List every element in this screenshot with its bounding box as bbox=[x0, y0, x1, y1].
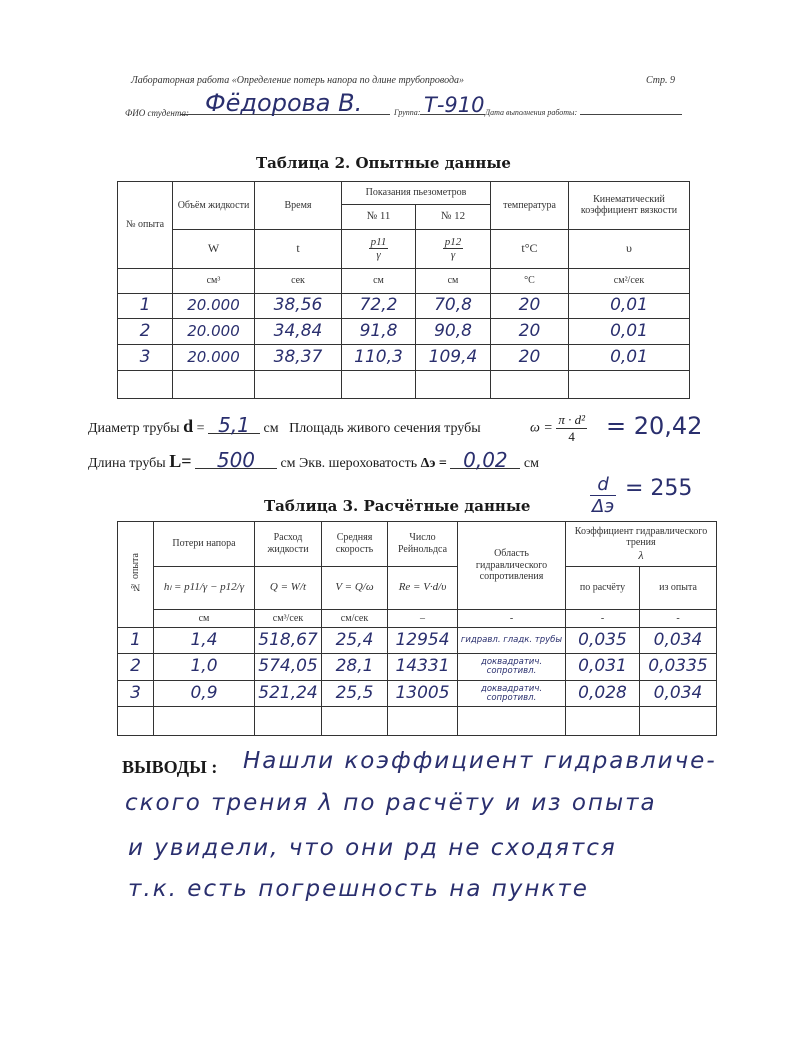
area-formula: ω = π · d²4 bbox=[530, 412, 587, 445]
cell[interactable] bbox=[416, 371, 491, 399]
date-field[interactable] bbox=[580, 114, 682, 115]
cell[interactable] bbox=[154, 707, 255, 736]
t3-unit-head-loss: см bbox=[154, 609, 255, 627]
t3-formula-reynolds: Re = V·d/υ bbox=[388, 566, 458, 609]
cell[interactable] bbox=[118, 707, 154, 736]
cell[interactable]: 70,8 bbox=[416, 293, 491, 319]
cell[interactable]: 14331 bbox=[388, 654, 458, 680]
length-symbol: L= bbox=[169, 451, 191, 471]
table3-title: Таблица 3. Расчётные данные bbox=[264, 497, 530, 515]
cell[interactable] bbox=[118, 371, 173, 399]
t2-unit-num bbox=[118, 268, 173, 293]
cell[interactable]: 574,05 bbox=[255, 654, 322, 680]
cell[interactable]: 521,24 bbox=[255, 680, 322, 706]
cell[interactable]: 20.000 bbox=[173, 319, 255, 345]
table2-title: Таблица 2. Опытные данные bbox=[256, 154, 511, 172]
t2-symbol-p11: p11γ bbox=[342, 229, 416, 268]
t2-symbol-viscosity: υ bbox=[569, 229, 690, 268]
cell[interactable]: 13005 bbox=[388, 680, 458, 706]
table-row: 3 20.000 38,37 110,3 109,4 20 0,01 bbox=[118, 345, 690, 371]
cell[interactable] bbox=[458, 707, 566, 736]
page-number: Стр. 9 bbox=[646, 75, 675, 86]
cell[interactable]: доквадратич. сопротивл. bbox=[458, 680, 566, 706]
cell[interactable]: 0,034 bbox=[640, 680, 717, 706]
t2-header-time: Время bbox=[255, 182, 342, 230]
cell[interactable] bbox=[566, 707, 640, 736]
t3-header-calc: по расчёту bbox=[566, 566, 640, 609]
t2-header-temperature: температура bbox=[491, 182, 569, 230]
t2-symbol-volume: W bbox=[173, 229, 255, 268]
cell[interactable] bbox=[173, 371, 255, 399]
t2-header-p11: № 11 bbox=[342, 204, 416, 229]
cell[interactable]: 1,0 bbox=[154, 654, 255, 680]
area-label: Площадь живого сечения трубы bbox=[289, 421, 481, 436]
ratio-fraction: dΔэ bbox=[590, 474, 616, 517]
cell[interactable]: 3 bbox=[118, 680, 154, 706]
area-value[interactable]: = 20,42 bbox=[606, 412, 702, 440]
t3-header-exp: из опыта bbox=[640, 566, 717, 609]
t2-header-p12: № 12 bbox=[416, 204, 491, 229]
roughness-label: Экв. шероховатость bbox=[299, 456, 417, 471]
cell[interactable]: 91,8 bbox=[342, 319, 416, 345]
t2-unit-viscosity: см²/сек bbox=[569, 268, 690, 293]
cell[interactable]: 38,56 bbox=[255, 293, 342, 319]
table-row: 2 1,0 574,05 28,1 14331 доквадратич. соп… bbox=[118, 654, 717, 680]
conclusion-line-4[interactable]: т.к. есть погрешность на пункте bbox=[128, 876, 589, 902]
t2-unit-time: сек bbox=[255, 268, 342, 293]
cell[interactable]: 90,8 bbox=[416, 319, 491, 345]
cell[interactable]: 20.000 bbox=[173, 293, 255, 319]
conclusion-line-1[interactable]: Нашли коэффициент гидравличе- bbox=[243, 748, 717, 774]
cell[interactable]: 12954 bbox=[388, 627, 458, 653]
cell[interactable] bbox=[569, 371, 690, 399]
t2-header-num: № опыта bbox=[118, 182, 173, 269]
roughness-unit: см bbox=[524, 456, 539, 471]
t2-header-viscosity: Кинематический коэффициент вязкости bbox=[569, 182, 690, 230]
length-row: Длина трубы L= 500 см Экв. шероховатость… bbox=[88, 451, 539, 472]
cell[interactable]: 25,4 bbox=[322, 627, 388, 653]
diameter-unit: см bbox=[264, 421, 279, 436]
cell[interactable]: 109,4 bbox=[416, 345, 491, 371]
t3-unit-velocity: см/сек bbox=[322, 609, 388, 627]
cell[interactable]: 20 bbox=[491, 319, 569, 345]
t2-symbol-p12: p12γ bbox=[416, 229, 491, 268]
roughness-field[interactable]: 0,02 bbox=[450, 452, 520, 469]
t2-unit-volume: см³ bbox=[173, 268, 255, 293]
cell[interactable]: 0,01 bbox=[569, 345, 690, 371]
cell[interactable]: 25,5 bbox=[322, 680, 388, 706]
student-label: ФИО студента: bbox=[125, 108, 189, 118]
table-row: 2 20.000 34,84 91,8 90,8 20 0,01 bbox=[118, 319, 690, 345]
t2-unit-temperature: °С bbox=[491, 268, 569, 293]
t3-header-friction: Коэффициент гидравлического трения λ bbox=[566, 522, 717, 567]
cell[interactable]: 2 bbox=[118, 319, 173, 345]
cell[interactable]: доквадратич. сопротивл. bbox=[458, 654, 566, 680]
cell[interactable] bbox=[255, 707, 322, 736]
t2-symbol-time: t bbox=[255, 229, 342, 268]
cell[interactable]: 0,01 bbox=[569, 319, 690, 345]
cell[interactable]: 0,028 bbox=[566, 680, 640, 706]
t2-header-piezometers: Показания пьезометров bbox=[342, 182, 491, 205]
cell[interactable]: 518,67 bbox=[255, 627, 322, 653]
cell[interactable]: 2 bbox=[118, 654, 154, 680]
diameter-row: Диаметр трубы d = 5,1 см Площадь живого … bbox=[88, 416, 481, 437]
t3-unit-region: - bbox=[458, 609, 566, 627]
cell[interactable]: 0,01 bbox=[569, 293, 690, 319]
cell[interactable] bbox=[322, 707, 388, 736]
table-row: 1 20.000 38,56 72,2 70,8 20 0,01 bbox=[118, 293, 690, 319]
t3-formula-flow: Q = W/t bbox=[255, 566, 322, 609]
table-row bbox=[118, 707, 717, 736]
t2-symbol-temperature: t°C bbox=[491, 229, 569, 268]
t3-formula-head-loss: hₗ = p11/γ − p12/γ bbox=[154, 566, 255, 609]
cell[interactable]: 0,031 bbox=[566, 654, 640, 680]
cell[interactable] bbox=[640, 707, 717, 736]
cell[interactable]: 0,0335 bbox=[640, 654, 717, 680]
cell[interactable]: гидравл. гладк. трубы bbox=[458, 627, 566, 653]
cell[interactable]: 38,37 bbox=[255, 345, 342, 371]
t2-unit-p12: см bbox=[416, 268, 491, 293]
cell[interactable]: 0,9 bbox=[154, 680, 255, 706]
conclusion-line-2[interactable]: ского трения λ по расчёту и из опыта bbox=[125, 790, 657, 816]
group-value[interactable]: Т-910 bbox=[424, 93, 485, 117]
t2-header-volume: Объём жидкости bbox=[173, 182, 255, 230]
length-field[interactable]: 500 bbox=[195, 452, 277, 469]
cell[interactable]: 72,2 bbox=[342, 293, 416, 319]
roughness-symbol: Δэ = bbox=[421, 456, 447, 471]
t2-unit-p11: см bbox=[342, 268, 416, 293]
length-unit: см bbox=[280, 456, 295, 471]
t3-unit-flow: см³/сек bbox=[255, 609, 322, 627]
table2: № опыта Объём жидкости Время Показания п… bbox=[117, 181, 690, 399]
lab-title: Лабораторная работа «Определение потерь … bbox=[131, 75, 464, 86]
date-label: Дата выполнения работы: bbox=[485, 108, 577, 117]
cell[interactable]: 1 bbox=[118, 627, 154, 653]
t3-header-reynolds: Число Рейнольдса bbox=[388, 522, 458, 567]
cell[interactable] bbox=[342, 371, 416, 399]
t3-header-num: № опыта bbox=[118, 522, 154, 628]
t3-formula-velocity: V = Q/ω bbox=[322, 566, 388, 609]
cell[interactable]: 28,1 bbox=[322, 654, 388, 680]
table3: № опыта Потери напора Расход жидкости Ср… bbox=[117, 521, 717, 736]
t3-unit-exp: - bbox=[640, 609, 717, 627]
diameter-symbol: d bbox=[183, 416, 193, 436]
cell[interactable]: 20.000 bbox=[173, 345, 255, 371]
cell[interactable]: 0,035 bbox=[566, 627, 640, 653]
t3-header-head-loss: Потери напора bbox=[154, 522, 255, 567]
group-label: Группа: bbox=[394, 108, 420, 117]
t3-unit-calc: - bbox=[566, 609, 640, 627]
t3-header-region: Область гидравлического сопротивления bbox=[458, 522, 566, 610]
cell[interactable]: 3 bbox=[118, 345, 173, 371]
table-row: 3 0,9 521,24 25,5 13005 доквадратич. соп… bbox=[118, 680, 717, 706]
cell[interactable]: 0,034 bbox=[640, 627, 717, 653]
length-label: Длина трубы bbox=[88, 456, 166, 471]
table-row: 1 1,4 518,67 25,4 12954 гидравл. гладк. … bbox=[118, 627, 717, 653]
cell[interactable]: 1,4 bbox=[154, 627, 255, 653]
diameter-label: Диаметр трубы bbox=[88, 421, 180, 436]
cell[interactable] bbox=[491, 371, 569, 399]
student-name[interactable]: Фёдорова В. bbox=[205, 89, 362, 117]
conclusions-label: ВЫВОДЫ : bbox=[122, 757, 217, 778]
cell[interactable]: 1 bbox=[118, 293, 173, 319]
cell[interactable]: 110,3 bbox=[342, 345, 416, 371]
cell[interactable] bbox=[388, 707, 458, 736]
table-row bbox=[118, 371, 690, 399]
t3-unit-reynolds: – bbox=[388, 609, 458, 627]
t3-header-flow: Расход жидкости bbox=[255, 522, 322, 567]
diameter-field[interactable]: 5,1 bbox=[208, 417, 260, 434]
conclusion-line-3[interactable]: и увидели, что они рд не сходятся bbox=[128, 835, 617, 861]
cell[interactable]: 20 bbox=[491, 293, 569, 319]
cell[interactable]: 34,84 bbox=[255, 319, 342, 345]
ratio-value[interactable]: = 255 bbox=[625, 476, 692, 501]
cell[interactable] bbox=[255, 371, 342, 399]
t3-header-velocity: Средняя скорость bbox=[322, 522, 388, 567]
cell[interactable]: 20 bbox=[491, 345, 569, 371]
